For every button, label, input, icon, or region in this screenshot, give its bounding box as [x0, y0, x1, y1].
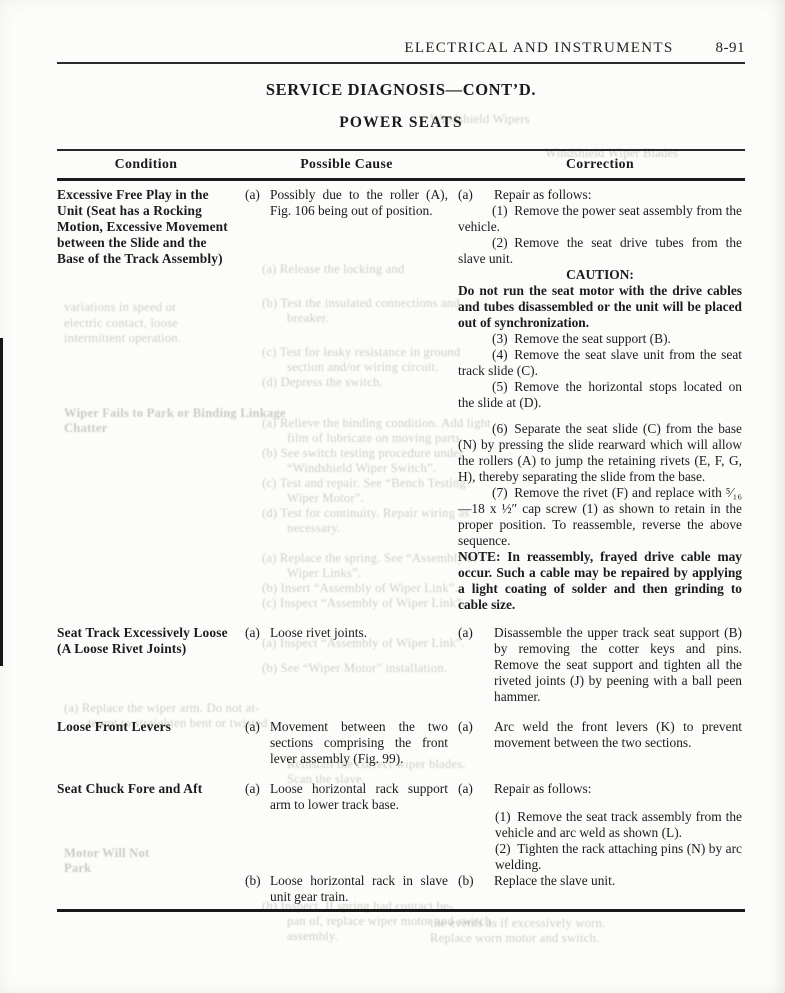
cause-item: (a)Movement between the two sections com… [245, 719, 448, 767]
correction-cell: (a)Repair as follows: (1) Remove the sea… [458, 781, 742, 873]
correction-text: Repair as follows: [494, 781, 591, 796]
item-label: (b) [245, 873, 270, 889]
condition-cell: Excessive Free Play in the Unit (Seat ha… [57, 187, 235, 267]
condition-cell: Loose Front Levers [57, 719, 235, 735]
column-header-possible-cause: Possible Cause [245, 156, 448, 172]
manual-page: Windshield WipersWindshield Wiper Blades… [0, 0, 785, 993]
correction-text: Replace the slave unit. [494, 873, 615, 888]
cause-text: Loose rivet joints. [270, 625, 367, 640]
condition-cell: Seat Chuck Fore and Aft [57, 781, 235, 797]
correction-item: (a)Repair as follows: [458, 781, 742, 797]
item-label: (a) [458, 187, 494, 203]
cause-item: (a)Loose horizontal rack support arm to … [245, 781, 448, 813]
item-label: (a) [245, 625, 270, 641]
page-title: SERVICE DIAGNOSIS—CONT’D. [57, 80, 745, 100]
correction-cell: (a)Disassemble the upper track seat supp… [458, 625, 742, 705]
scan-artifact-line [0, 338, 3, 666]
correction-step: (3) Remove the seat support (B). [458, 331, 742, 347]
possible-cause-cell: (a)Loose horizontal rack support arm to … [245, 781, 448, 813]
page-subtitle: POWER SEATS [57, 113, 745, 132]
correction-text: Arc weld the front levers (K) to prevent… [494, 719, 742, 750]
table-header-row: Condition Possible Cause Correction [57, 149, 745, 181]
correction-item: (a)Repair as follows: [458, 187, 742, 203]
running-head: ELECTRICAL AND INSTRUMENTS 8-91 [57, 40, 745, 57]
cause-text: Loose horizontal rack in slave unit gear… [270, 873, 448, 904]
page-number: 8-91 [716, 40, 746, 57]
correction-step: (5) Remove the horizontal stops located … [458, 379, 742, 411]
correction-step: (7) Remove the rivet (F) and replace wit… [458, 485, 742, 549]
cause-item: (a)Loose rivet joints. [245, 625, 448, 641]
correction-item: (b)Replace the slave unit. [458, 873, 742, 889]
correction-text: Disassemble the upper track seat support… [494, 625, 742, 704]
correction-step: (6) Separate the seat slide (C) from the… [458, 421, 742, 485]
possible-cause-cell: (a)Movement between the two sections com… [245, 719, 448, 767]
item-label: (a) [245, 187, 270, 203]
correction-step: (4) Remove the seat slave unit from the … [458, 347, 742, 379]
item-label: (b) [458, 873, 494, 889]
item-label: (a) [458, 625, 494, 641]
correction-item: (a)Disassemble the upper track seat supp… [458, 625, 742, 705]
table-row: Loose Front Levers (a)Movement between t… [57, 719, 745, 767]
caution-heading: CAUTION: [458, 267, 742, 283]
column-header-correction: Correction [458, 156, 742, 172]
correction-step: (2) Remove the seat drive tubes from the… [458, 235, 742, 267]
correction-cell: (a)Repair as follows: (1) Remove the pow… [458, 187, 742, 613]
item-label: (a) [458, 781, 494, 797]
possible-cause-cell: (b)Loose horizontal rack in slave unit g… [245, 873, 448, 905]
page-content: ELECTRICAL AND INSTRUMENTS 8-91 SERVICE … [57, 40, 745, 912]
caution-text: Do not run the seat motor with the drive… [458, 283, 742, 331]
table-row: Seat Chuck Fore and Aft (a)Loose horizon… [57, 781, 745, 905]
cause-item: (a)Possibly due to the roller (A), Fig. … [245, 187, 448, 219]
condition-cell: Seat Track Excessively Loose (A Loose Ri… [57, 625, 235, 657]
table-row: Excessive Free Play in the Unit (Seat ha… [57, 181, 745, 613]
running-head-rule [57, 62, 745, 64]
correction-item: (a)Arc weld the front levers (K) to prev… [458, 719, 742, 751]
cause-text: Movement between the two sections compri… [270, 719, 448, 766]
possible-cause-cell: (a)Possibly due to the roller (A), Fig. … [245, 187, 448, 219]
note-text: NOTE: In reassembly, frayed drive cable … [458, 549, 742, 613]
cause-text: Possibly due to the roller (A), Fig. 106… [270, 187, 448, 218]
correction-step: (1) Remove the seat track assembly from … [495, 809, 742, 841]
cause-item: (b)Loose horizontal rack in slave unit g… [245, 873, 448, 905]
correction-step: (2) Tighten the rack attaching pins (N) … [495, 841, 742, 873]
table-row: Seat Track Excessively Loose (A Loose Ri… [57, 625, 745, 705]
bleed-through-text: the events as if excessively worn. [430, 916, 605, 931]
correction-step: (1) Remove the power seat assembly from … [458, 203, 742, 235]
table-bottom-rule [57, 909, 745, 912]
correction-text: Repair as follows: [494, 187, 591, 202]
item-label: (a) [458, 719, 494, 735]
possible-cause-cell: (a)Loose rivet joints. [245, 625, 448, 641]
item-label: (a) [245, 719, 270, 735]
chapter-title: ELECTRICAL AND INSTRUMENTS [404, 40, 673, 57]
cause-text: Loose horizontal rack support arm to low… [270, 781, 448, 812]
correction-cell: (a)Arc weld the front levers (K) to prev… [458, 719, 742, 751]
bleed-through-text: Replace worn motor and switch. [430, 931, 599, 946]
item-label: (a) [245, 781, 270, 797]
bleed-through-text: assembly. [287, 929, 338, 944]
column-header-condition: Condition [57, 156, 235, 172]
correction-cell: (b)Replace the slave unit. [458, 873, 742, 889]
